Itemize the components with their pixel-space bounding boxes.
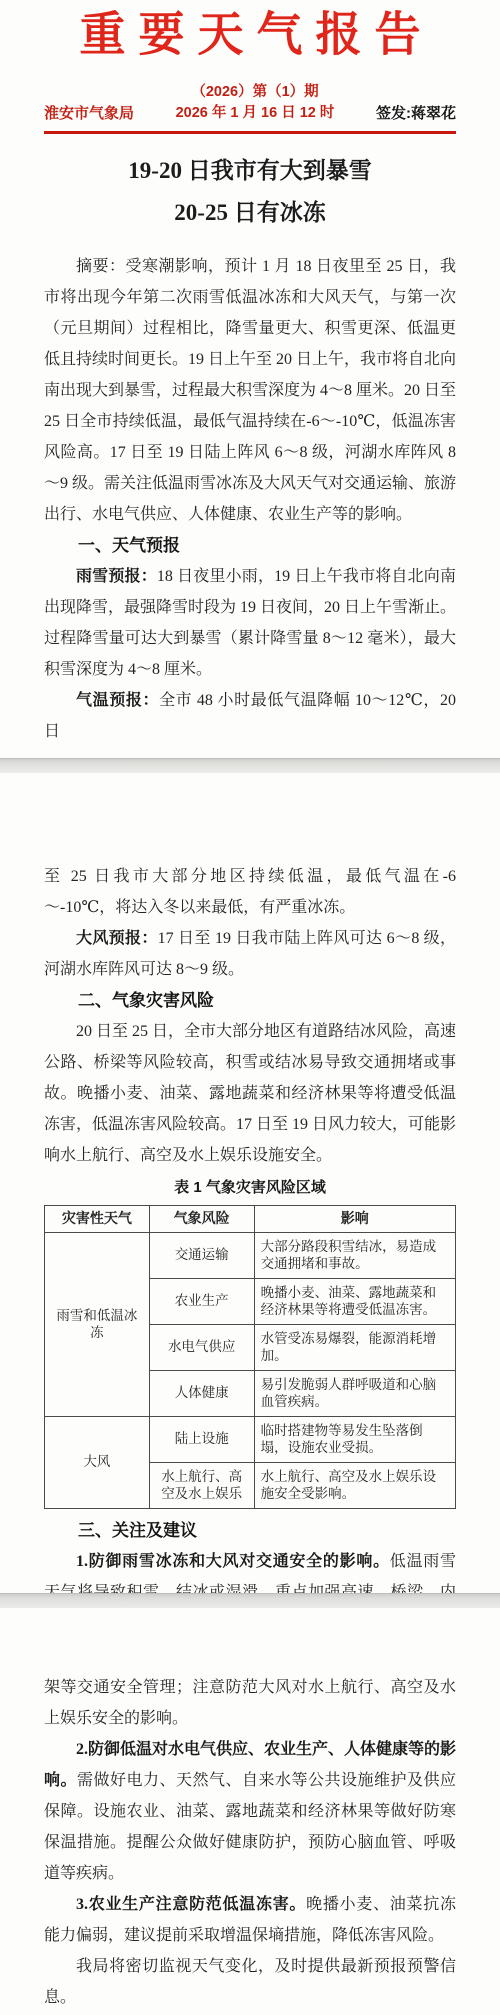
col-header-hazard: 灾害性天气 [45, 1206, 150, 1233]
risk-table: 灾害性天气 气象风险 影响 雨雪和低温冰冻 交通运输 大部分路段积雪结冰，易造成… [44, 1205, 456, 1509]
headline-line2: 20-25 日有冰冻 [44, 192, 456, 234]
col-header-risk: 气象风险 [149, 1206, 254, 1233]
issuing-agency: 淮安市气象局 [44, 104, 134, 124]
report-page-1: 重要天气报告 淮安市气象局 （2026）第（1）期 2026 年 1 月 16 … [0, 0, 500, 758]
document-title: 重要天气报告 [44, 7, 456, 60]
abstract-label: 摘要： [76, 258, 126, 275]
section1-heading: 一、天气预报 [44, 530, 456, 561]
rain-forecast-paragraph: 雨雪预报：18 日夜里小雨，19 日上午我市将自北向南出现降雪，最强降雪时段为 … [44, 561, 456, 685]
advice1-paragraph: 1.防御雨雪冰冻和大风对交通安全的影响。低温雨雪天气将导致积雪、结冰或湿滑，重点… [44, 1546, 456, 1594]
temp-forecast-continuation: 至 25 日我市大部分地区持续低温，最低气温在-6～-10℃，将达入冬以来最低，… [44, 861, 456, 923]
risk-water-navigation: 水上航行、高空及水上娱乐 [149, 1462, 254, 1508]
rain-forecast-label: 雨雪预报： [76, 568, 157, 585]
headline-line1: 19-20 日我市有大到暴雪 [44, 150, 456, 192]
issue-number-and-time: （2026）第（1）期 2026 年 1 月 16 日 12 时 [176, 82, 335, 124]
issue-number: （2026）第（1）期 [176, 82, 335, 103]
risk-utilities: 水电气供应 [149, 1324, 254, 1370]
col-header-impact: 影响 [254, 1206, 455, 1233]
page-separator-2 [0, 1593, 500, 1608]
wind-forecast-label: 大风预报： [76, 930, 158, 947]
temp-forecast-paragraph: 气温预报：全市 48 小时最低气温降幅 10～12℃，20 日 [44, 685, 456, 747]
section3-heading: 三、关注及建议 [44, 1515, 456, 1546]
impact-land-facilities: 临时搭建物等易发生坠落倒塌，设施农业受损。 [254, 1416, 455, 1462]
advice1-lead: 1.防御雨雪冰冻和大风对交通安全的影响。 [76, 1553, 390, 1570]
advice3-lead: 3.农业生产注意防范低温冻害。 [76, 1896, 306, 1913]
abstract-paragraph: 摘要：受寒潮影响，预计 1 月 18 日夜里至 25 日，我市将出现今年第二次雨… [44, 251, 456, 530]
impact-water-navigation: 水上航行、高空及水上娱乐设施安全受影响。 [254, 1462, 455, 1508]
hazard-gale: 大风 [45, 1416, 150, 1508]
section2-heading: 二、气象灾害风险 [44, 985, 456, 1016]
hazard-snow-cold: 雨雪和低温冰冻 [45, 1232, 150, 1416]
table-caption: 表 1 气象灾害风险区域 [44, 1173, 456, 1203]
risk-land-facilities: 陆上设施 [149, 1416, 254, 1462]
impact-utilities: 水管受冻易爆裂，能源消耗增加。 [254, 1324, 455, 1370]
risk-transport: 交通运输 [149, 1232, 254, 1278]
impact-transport: 大部分路段积雪结冰，易造成交通拥堵和事故。 [254, 1232, 455, 1278]
table-row: 大风 陆上设施 临时搭建物等易发生坠落倒塌，设施农业受损。 [45, 1416, 456, 1462]
temp-forecast-label: 气温预报： [76, 692, 159, 709]
issue-datetime: 2026 年 1 月 16 日 12 时 [176, 103, 335, 124]
abstract-text: 受寒潮影响，预计 1 月 18 日夜里至 25 日，我市将出现今年第二次雨雪低温… [44, 258, 456, 523]
signer: 签发:蒋翠花 [376, 104, 456, 124]
letterhead-divider [44, 131, 456, 134]
table-header-row: 灾害性天气 气象风险 影响 [45, 1206, 456, 1233]
page1-body: 摘要：受寒潮影响，预计 1 月 18 日夜里至 25 日，我市将出现今年第二次雨… [44, 251, 456, 747]
closing-paragraph: 我局将密切监视天气变化，及时提供最新预报预警信息。 [44, 1951, 456, 2013]
advice2-text: 需做好电力、天然气、自来水等公共设施维护及供应保障。设施农业、油菜、露地蔬菜和经… [44, 1772, 456, 1882]
table-row: 雨雪和低温冰冻 交通运输 大部分路段积雪结冰，易造成交通拥堵和事故。 [45, 1232, 456, 1278]
advice3-paragraph: 3.农业生产注意防范低温冻害。晚播小麦、油菜抗冻能力偏弱，建议提前采取增温保墒措… [44, 1889, 456, 1951]
report-headline: 19-20 日我市有大到暴雪 20-25 日有冰冻 [44, 150, 456, 234]
report-page-3: 架等交通安全管理；注意防范大风对水上航行、高空及水上娱乐安全的影响。 2.防御低… [0, 1608, 500, 2015]
impact-health: 易引发脆弱人群呼吸道和心脑血管疾病。 [254, 1370, 455, 1416]
risk-health: 人体健康 [149, 1370, 254, 1416]
wind-forecast-paragraph: 大风预报：17 日至 19 日我市陆上阵风可达 6～8 级，河湖水库阵风可达 8… [44, 923, 456, 985]
report-page-2: 至 25 日我市大部分地区持续低温，最低气温在-6～-10℃，将达入冬以来最低，… [0, 773, 500, 1593]
advice1-continuation: 架等交通安全管理；注意防范大风对水上航行、高空及水上娱乐安全的影响。 [44, 1672, 456, 1734]
risk-paragraph: 20 日至 25 日，全市大部分地区有道路结冰风险，高速公路、桥梁等风险较高，积… [44, 1016, 456, 1171]
impact-agriculture: 晚播小麦、油菜、露地蔬菜和经济林果等将遭受低温冻害。 [254, 1278, 455, 1324]
masthead: 淮安市气象局 （2026）第（1）期 2026 年 1 月 16 日 12 时 … [44, 82, 456, 124]
page-separator-1 [0, 758, 500, 773]
advice2-paragraph: 2.防御低温对水电气供应、农业生产、人体健康等的影响。需做好电力、天然气、自来水… [44, 1734, 456, 1889]
risk-agriculture: 农业生产 [149, 1278, 254, 1324]
